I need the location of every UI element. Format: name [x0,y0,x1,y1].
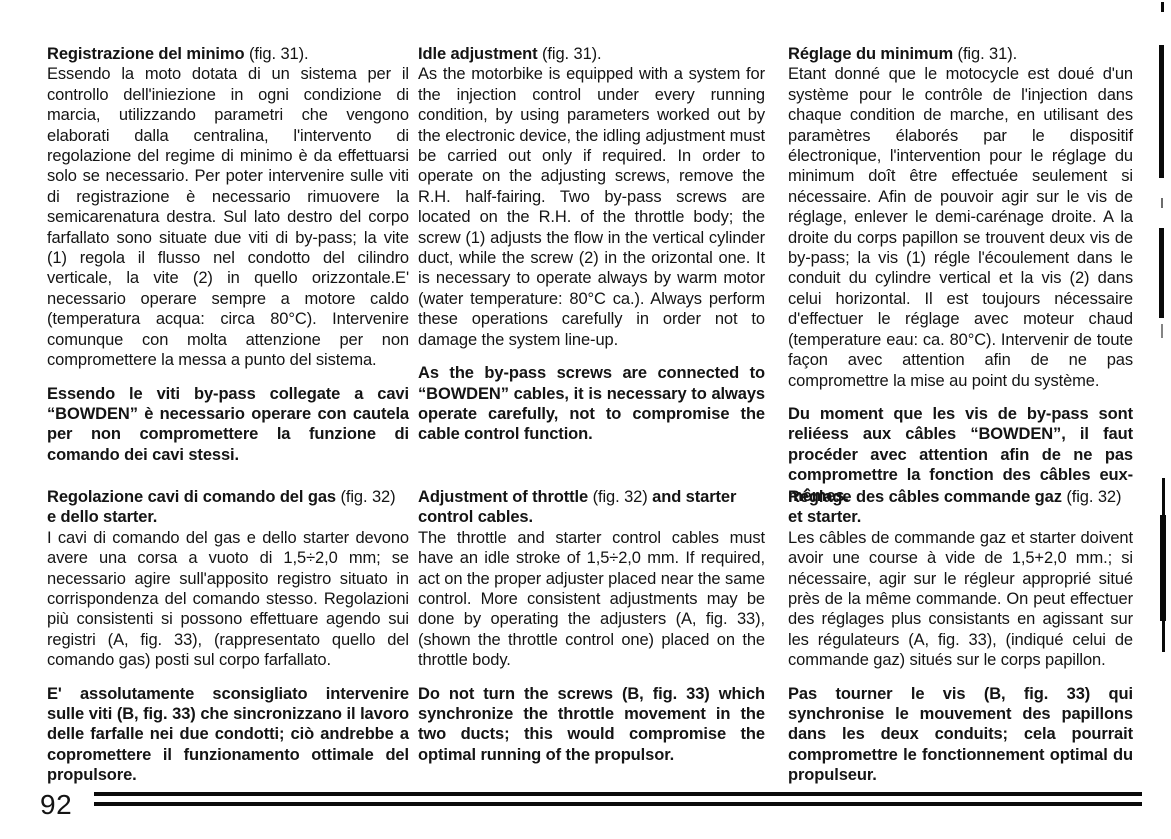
scan-edge-mark [1159,228,1164,318]
heading-bold-text: Regolazione cavi di comando del gas [47,488,336,506]
scan-edge-mark [1161,324,1163,338]
section-body: The throttle and starter control cables … [418,528,765,671]
section-heading-idle-it: Registrazione del minimo (fig. 31). [47,44,409,64]
section-warning-note: E' assolutamente sconsigliato intervenir… [47,684,409,786]
section-heading-throttle-it: Regolazione cavi di comando del gas (fig… [47,487,409,528]
column-french: Réglage du minimum (fig. 31). Etant donn… [788,44,1133,506]
section-warning-note: Pas tourner le vis (B, fig. 33) qui sync… [788,684,1133,786]
manual-page: Registrazione del minimo (fig. 31). Esse… [0,0,1171,839]
scan-edge-mark [1161,2,1164,12]
heading-bold-text: Adjustment of throttle [418,488,588,506]
column-english: Idle adjustment (fig. 31). As the motorb… [418,44,765,445]
section-body: Etant donné que le motocycle est doué d'… [788,64,1133,391]
footer-double-rule [94,792,1142,806]
scan-edge-mark [1159,45,1164,178]
column-french-throttle: Réglage des câbles commande gaz (fig. 32… [788,487,1133,786]
heading-bold-text: Réglage du minimum [788,45,953,63]
heading-fig-ref: (fig. 32) [336,488,396,506]
heading-bold-text: Réglage des câbles commande gaz [788,488,1062,506]
section-heading-idle-fr: Réglage du minimum (fig. 31). [788,44,1133,64]
section-heading-throttle-fr: Réglage des câbles commande gaz (fig. 32… [788,487,1133,528]
column-italian: Registrazione del minimo (fig. 31). Esse… [47,44,409,465]
heading-fig-ref: (fig. 31). [538,45,602,63]
heading-fig-ref: (fig. 32) [588,488,652,506]
heading-bold-text-2: e dello starter. [47,508,157,526]
scan-edge-mark [1160,515,1166,621]
section-body: Les câbles de commande gaz et starter do… [788,528,1133,671]
section-warning-note: Do not turn the screws (B, fig. 33) whic… [418,684,765,766]
section-heading-throttle-en: Adjustment of throttle (fig. 32) and sta… [418,487,765,528]
page-number: 92 [40,791,72,819]
heading-bold-text-2: et starter. [788,508,861,526]
section-body: I cavi di comando del gas e dello starte… [47,528,409,671]
heading-fig-ref: (fig. 31). [244,45,308,63]
scan-edge-mark [1161,198,1163,208]
section-warning-note: As the by-pass screws are connected to “… [418,363,765,445]
column-italian-throttle: Regolazione cavi di comando del gas (fig… [47,487,409,786]
section-warning-note: Essendo le viti by-pass collegate a cavi… [47,384,409,466]
heading-bold-text: Registrazione del minimo [47,45,244,63]
section-body: As the motorbike is equipped with a syst… [418,64,765,350]
column-english-throttle: Adjustment of throttle (fig. 32) and sta… [418,487,765,765]
heading-fig-ref: (fig. 32) [1062,488,1122,506]
section-heading-idle-en: Idle adjustment (fig. 31). [418,44,765,64]
section-body: Essendo la moto dotata di un sistema per… [47,64,409,370]
heading-bold-text: Idle adjustment [418,45,538,63]
heading-fig-ref: (fig. 31). [953,45,1017,63]
